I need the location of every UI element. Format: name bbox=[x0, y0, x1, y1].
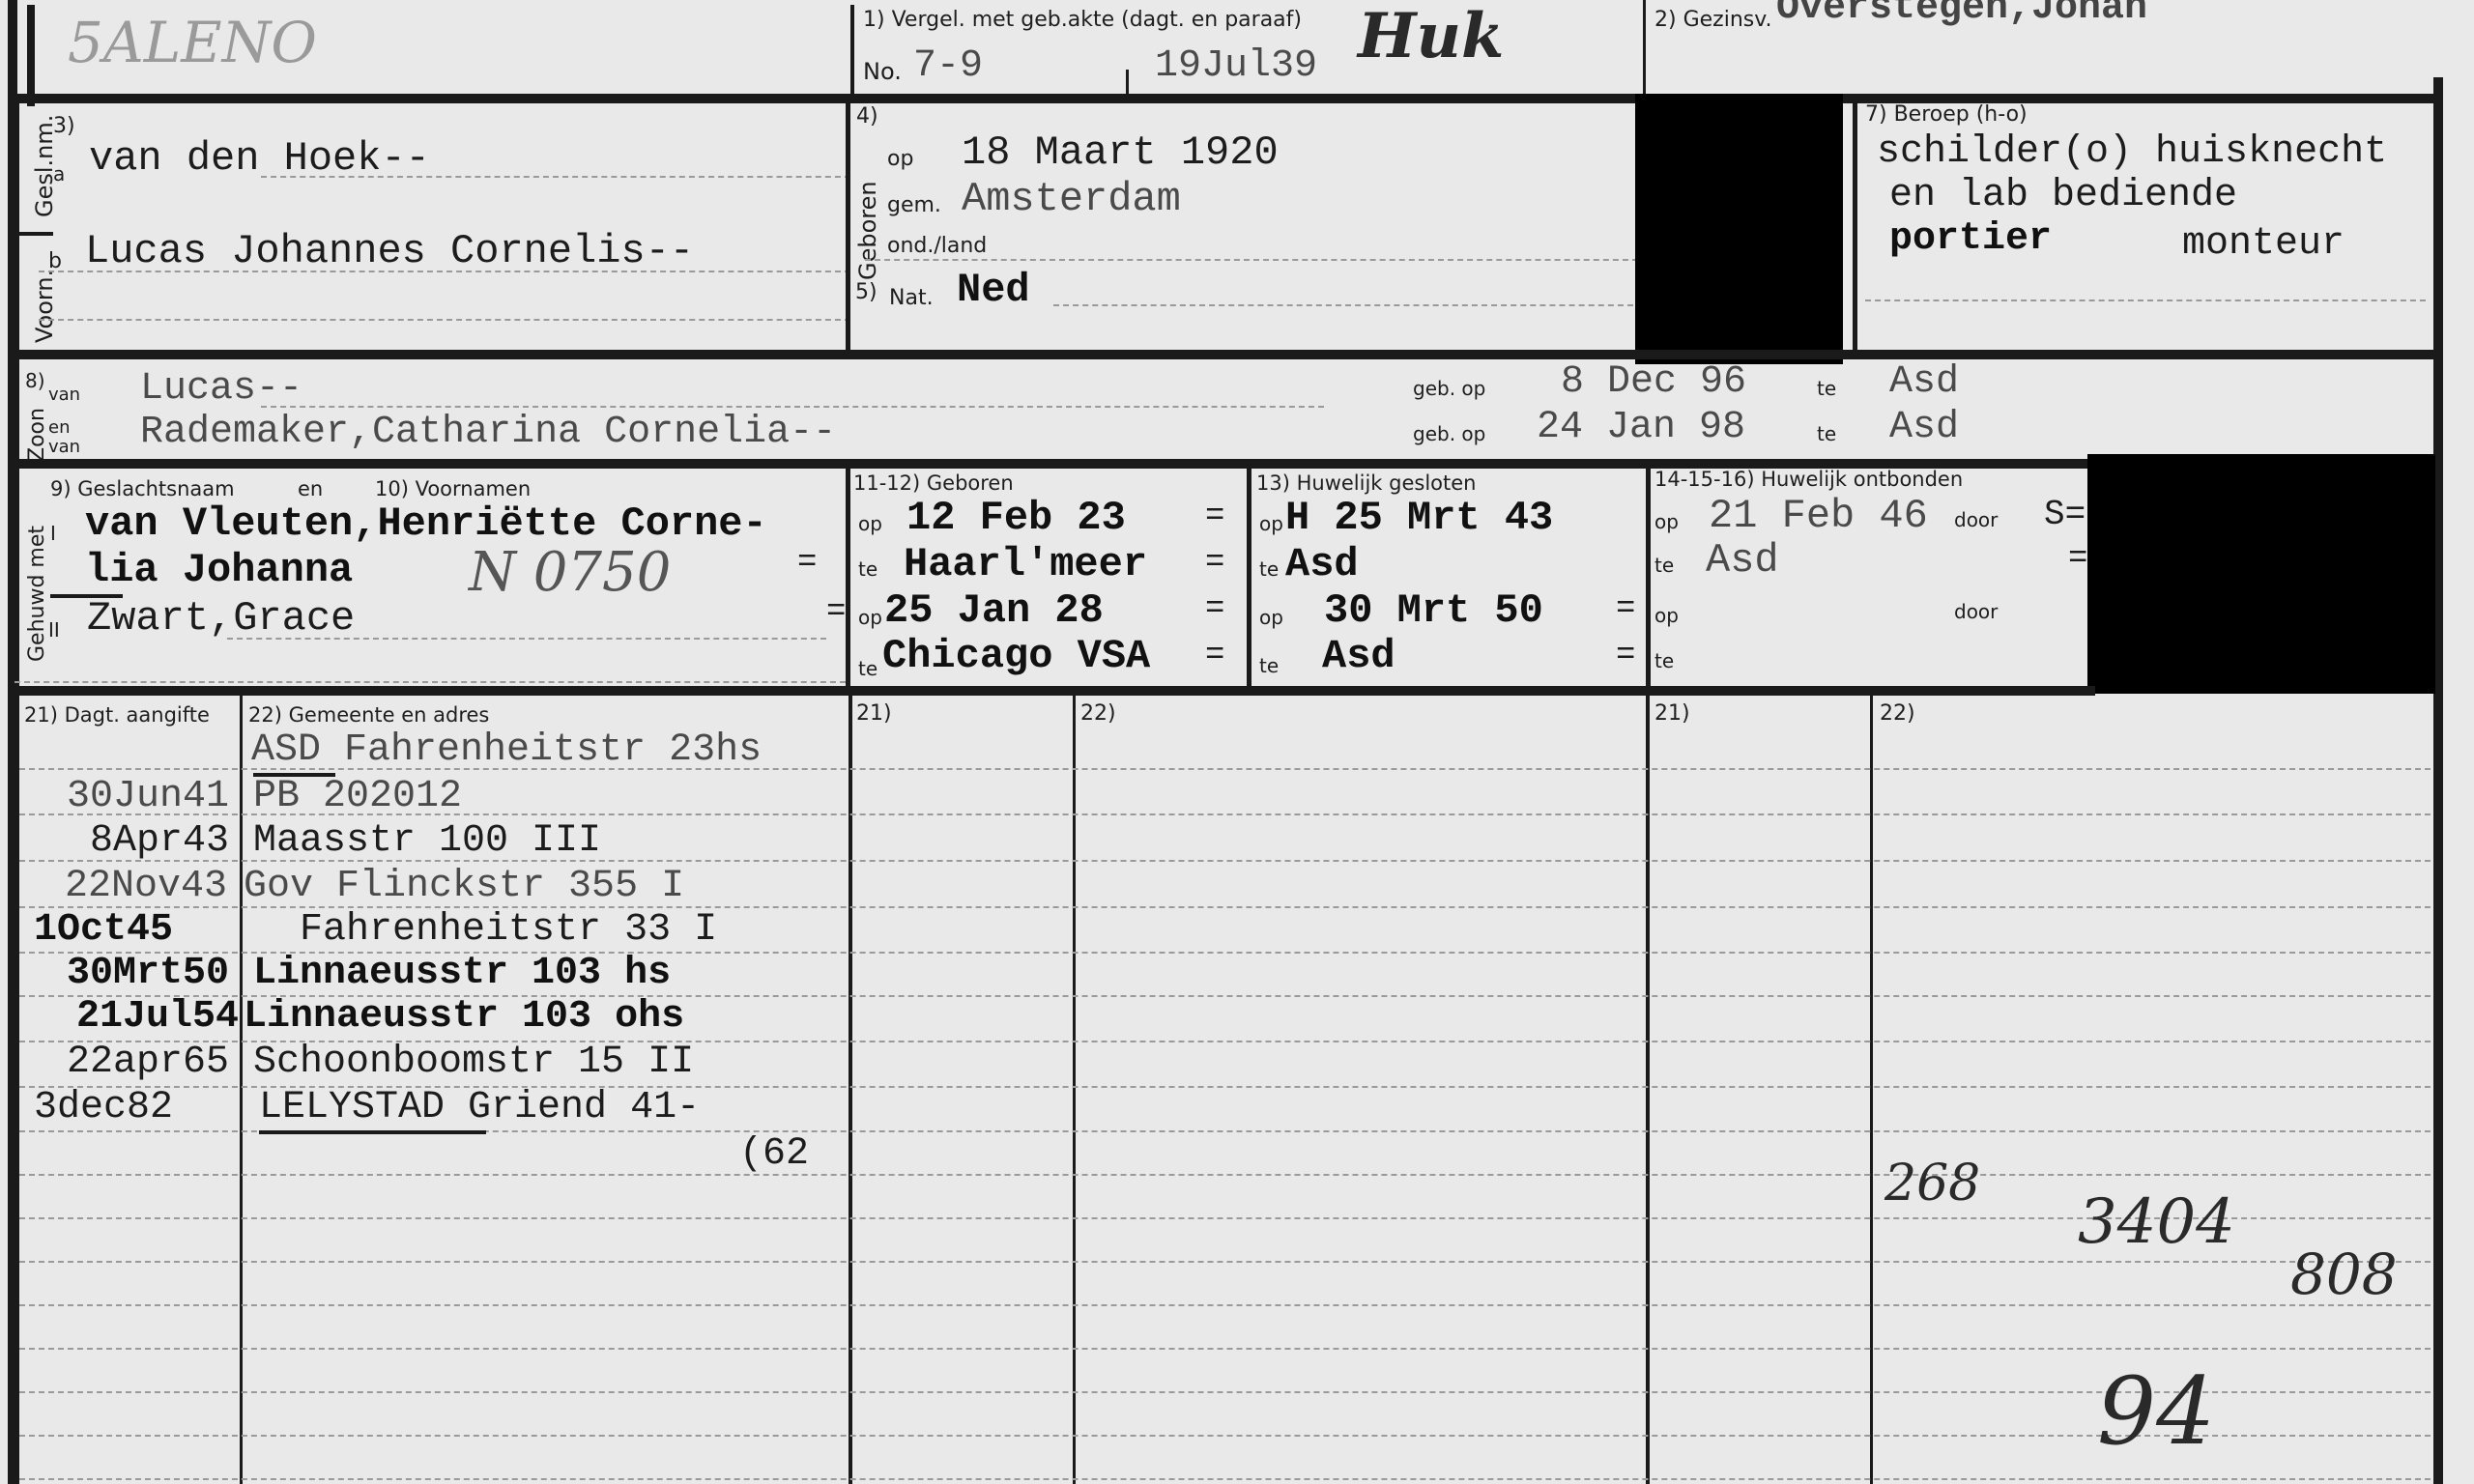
surname: van den Hoek-- bbox=[89, 135, 430, 182]
field1-no-label: No. bbox=[863, 58, 902, 85]
header-dissolved: 14-15-16) Huwelijk ontbonden bbox=[1654, 468, 1963, 491]
address-row-7: Schoonboomstr 15 II bbox=[253, 1041, 694, 1084]
field1-paraaf: Huk bbox=[1358, 0, 1504, 72]
spouse1-birth-op: op bbox=[858, 512, 882, 535]
mother-name: Rademaker,Catharina Cornelia-- bbox=[140, 411, 836, 454]
spouse1-marriage-te: te bbox=[1259, 557, 1279, 581]
spouse1-birth-place-eq: = bbox=[1205, 545, 1224, 582]
spouse2-marriage-date: 30 Mrt 50 bbox=[1324, 587, 1543, 634]
spouse1-birth-date-eq: = bbox=[1205, 499, 1224, 535]
spouse1-dissolved-op: op bbox=[1654, 510, 1679, 533]
address-row-3: Gov Flinckstr 355 I bbox=[244, 865, 684, 908]
field3-a-label: a bbox=[53, 162, 65, 185]
surname-dotline bbox=[261, 176, 850, 178]
header-marriage: 13) Huwelijk gesloten bbox=[1256, 471, 1476, 495]
birth-ond-dotline bbox=[865, 259, 1638, 261]
birth-date: 18 Maart 1920 bbox=[962, 129, 1279, 176]
col-address-date-divider bbox=[240, 694, 243, 1484]
field1-divider bbox=[850, 5, 854, 101]
field3-side-divider bbox=[19, 232, 53, 236]
ruled-line bbox=[19, 1435, 2431, 1437]
address-row-8-underline bbox=[259, 1130, 486, 1134]
spouse2-birth-op: op bbox=[858, 606, 882, 629]
field3-label: 3) bbox=[53, 114, 75, 138]
spouse2-birth-te: te bbox=[858, 657, 877, 680]
father-birth-place: Asd bbox=[1889, 360, 1959, 404]
given-names: Lucas Johannes Cornelis-- bbox=[85, 228, 694, 274]
address-row-0: ASD Fahrenheitstr 23hs bbox=[251, 728, 762, 772]
spouse2-birth-date: 25 Jan 28 bbox=[884, 587, 1104, 634]
handwritten-number-2: 3404 bbox=[2078, 1186, 2235, 1258]
spouse-bottom-dotline bbox=[14, 681, 846, 683]
rule-top bbox=[8, 94, 2438, 103]
handwritten-number-3: 808 bbox=[2290, 1241, 2398, 1307]
address-row-9: (62 bbox=[739, 1132, 809, 1176]
address-date-4: 1Oct45 bbox=[34, 908, 173, 952]
header-22c: 22) bbox=[1880, 701, 1915, 726]
ruled-line bbox=[19, 1174, 2431, 1176]
spouse2-marriage-place: Asd bbox=[1322, 633, 1395, 679]
birth-ond-label: ond./land bbox=[887, 234, 987, 258]
header-22b: 22) bbox=[1080, 701, 1116, 726]
spouse1-dissolved-date: 21 Feb 46 bbox=[1709, 493, 1928, 539]
spouse2-birth-date-eq: = bbox=[1205, 591, 1224, 628]
occupation-dotline bbox=[1865, 300, 2426, 301]
address-date-3: 22Nov43 bbox=[24, 865, 227, 908]
address-date-2: 8Apr43 bbox=[31, 819, 229, 863]
address-date-7: 22apr65 bbox=[24, 1041, 229, 1084]
occupation-line-2: en lab bediende bbox=[1889, 174, 2237, 217]
col-address-2-divider bbox=[849, 694, 852, 1484]
occupation-line-4: monteur bbox=[2182, 222, 2345, 266]
given-names-dotline bbox=[39, 271, 850, 272]
spouse1-dissolved-reason: S= bbox=[2044, 495, 2086, 534]
mother-prefix-van: van bbox=[48, 437, 80, 457]
father-te-label: te bbox=[1817, 377, 1836, 400]
mother-geb-label: geb. op bbox=[1413, 422, 1485, 445]
spouse1-name-line2: lia Johanna bbox=[85, 547, 353, 593]
field1-no-value: 7-9 bbox=[913, 44, 983, 88]
birth-op-label: op bbox=[887, 147, 913, 171]
father-name: Lucas-- bbox=[140, 367, 302, 411]
birth-municipality: Amsterdam bbox=[962, 176, 1181, 222]
header-21c: 21) bbox=[1654, 701, 1690, 726]
ruled-line bbox=[19, 1478, 2431, 1480]
field7-label: 7) Beroep (h-o) bbox=[1865, 102, 2028, 127]
card-left-edge bbox=[8, 0, 17, 106]
spouse2-marriage-place-eq: = bbox=[1616, 638, 1635, 674]
address-row-8: LELYSTAD Griend 41- bbox=[259, 1086, 700, 1129]
handwritten-number-1: 268 bbox=[1884, 1155, 1980, 1213]
spouse1-dissolved-eq: = bbox=[2068, 541, 2087, 578]
address-row-4: Fahrenheitstr 33 I bbox=[253, 908, 717, 952]
spouse2-dissolved-te: te bbox=[1654, 649, 1674, 672]
field8-label: 8) bbox=[25, 369, 45, 392]
card-left-border bbox=[8, 94, 19, 1484]
spouse1-roman: I bbox=[50, 522, 56, 545]
father-prefix: van bbox=[48, 385, 80, 405]
occupation-line-1: schilder(o) huisknecht bbox=[1877, 130, 2387, 174]
address-date-8: 3dec82 bbox=[34, 1086, 173, 1129]
mother-prefix-en: en bbox=[48, 417, 70, 438]
mother-birth-date: 24 Jan 98 bbox=[1537, 406, 1745, 449]
nationality-label: Nat. bbox=[889, 286, 934, 310]
header-21b: 21) bbox=[856, 701, 892, 726]
mother-te-label: te bbox=[1817, 422, 1836, 445]
spouse1-dissolved-te: te bbox=[1654, 554, 1674, 577]
spouse1-marriage-place: Asd bbox=[1285, 541, 1359, 587]
spouse2-marriage-op: op bbox=[1259, 606, 1283, 629]
spouse2-marriage-date-eq: = bbox=[1616, 591, 1635, 628]
father-dotline bbox=[261, 406, 1324, 408]
given-names-dotline-2 bbox=[39, 319, 850, 321]
spouse1-dissolved-door: door bbox=[1954, 508, 1998, 531]
occupation-line-3: portier bbox=[1889, 217, 2052, 261]
ruled-line bbox=[19, 1261, 2431, 1263]
address-date-1: 30Jun41 bbox=[31, 775, 229, 818]
address-date-5: 30Mrt50 bbox=[31, 952, 229, 995]
rule-row2 bbox=[8, 350, 2438, 359]
field2-value: Overstegen,Johan bbox=[1776, 0, 2147, 30]
field3-side-voorn: Voorn. bbox=[31, 270, 58, 343]
spouse2-equals: = bbox=[826, 594, 846, 631]
spouse2-birth-place: Chicago VSA bbox=[882, 633, 1150, 679]
address-row-2: Maasstr 100 III bbox=[253, 819, 601, 863]
rule-row3 bbox=[8, 459, 2438, 469]
col-address-3b-divider bbox=[1870, 694, 1873, 1484]
ruled-line bbox=[19, 1304, 2431, 1306]
father-birth-date: 8 Dec 96 bbox=[1561, 360, 1746, 404]
nationality-dotline bbox=[1053, 304, 1633, 306]
spouse2-name: Zwart,Grace bbox=[87, 595, 355, 642]
address-date-6: 21Jul54 bbox=[31, 995, 239, 1039]
col-birth-divider bbox=[846, 464, 850, 691]
header-given-names: 10) Voornamen bbox=[375, 477, 531, 500]
spouse1-equals: = bbox=[797, 545, 817, 582]
ruled-line bbox=[19, 1348, 2431, 1350]
field8-side-zoon: Zoon bbox=[25, 408, 49, 462]
card-right-border bbox=[2433, 77, 2443, 1484]
field2-label: 2) Gezinsv. bbox=[1654, 8, 1772, 32]
spouse2-birth-place-eq: = bbox=[1205, 638, 1224, 674]
header-en: en bbox=[298, 477, 323, 500]
spouse1-birth-date: 12 Feb 23 bbox=[906, 495, 1126, 541]
address-row-6: Linnaeusstr 103 ohs bbox=[244, 995, 684, 1039]
redaction-block-1 bbox=[1635, 94, 1843, 364]
ruled-line bbox=[19, 1217, 2431, 1219]
spouse1-marriage-op: op bbox=[1259, 512, 1283, 535]
field1-date: 19Jul39 bbox=[1155, 44, 1317, 88]
spouse1-marriage-date: H 25 Mrt 43 bbox=[1285, 495, 1553, 541]
ruled-line bbox=[19, 1391, 2431, 1393]
spouse1-birth-place: Haarl'meer bbox=[904, 541, 1147, 587]
field7-divider bbox=[1853, 97, 1857, 353]
spouse2-dissolved-op: op bbox=[1654, 604, 1679, 627]
nationality-value: Ned bbox=[957, 267, 1030, 313]
address-row-5: Linnaeusstr 103 hs bbox=[253, 952, 671, 995]
field2-divider bbox=[1643, 0, 1646, 97]
header-date-of-declaration: 21) Dagt. aangifte bbox=[24, 703, 210, 727]
col-marriage-divider bbox=[1247, 464, 1251, 691]
card-tab-divider bbox=[27, 5, 35, 106]
father-geb-label: geb. op bbox=[1413, 377, 1485, 400]
header-birth: 11-12) Geboren bbox=[853, 471, 1014, 495]
corner-handwriting: 5ALENO bbox=[68, 10, 317, 75]
spouse2-dissolved-door: door bbox=[1954, 600, 1998, 623]
header-surname: 9) Geslachtsnaam bbox=[50, 477, 235, 500]
spouse1-name-line1: van Vleuten,Henriëtte Corne- bbox=[85, 500, 767, 547]
mother-birth-place: Asd bbox=[1889, 406, 1959, 449]
handwritten-number-4: 94 bbox=[2097, 1357, 2215, 1466]
spouse1-dissolved-place: Asd bbox=[1706, 537, 1779, 584]
redaction-block-2 bbox=[2087, 454, 2435, 694]
field4-label: 4) bbox=[856, 104, 878, 128]
field1-label: 1) Vergel. met geb.akte (dagt. en paraaf… bbox=[863, 8, 1302, 32]
col-address-2b-divider bbox=[1073, 694, 1076, 1484]
spouses-side-label: Gehuwd met bbox=[25, 526, 49, 662]
rule-row4 bbox=[8, 686, 2095, 696]
spouse1-annotation: N 0750 bbox=[469, 541, 671, 604]
field5-label: 5) bbox=[855, 280, 877, 304]
address-row-1: PB 202012 bbox=[253, 775, 462, 818]
field4-divider bbox=[846, 97, 850, 357]
col-dissolved-divider bbox=[1646, 464, 1651, 691]
field4-side-geboren: Geboren bbox=[854, 181, 881, 280]
birth-gem-label: gem. bbox=[887, 193, 941, 217]
spouse2-marriage-te: te bbox=[1259, 654, 1279, 677]
header-municipality-address: 22) Gemeente en adres bbox=[248, 703, 489, 727]
spouse2-roman: II bbox=[48, 618, 60, 642]
col-address-3-divider bbox=[1646, 694, 1650, 1484]
spouse2-dotline bbox=[227, 638, 826, 640]
spouse1-birth-te: te bbox=[858, 557, 877, 581]
